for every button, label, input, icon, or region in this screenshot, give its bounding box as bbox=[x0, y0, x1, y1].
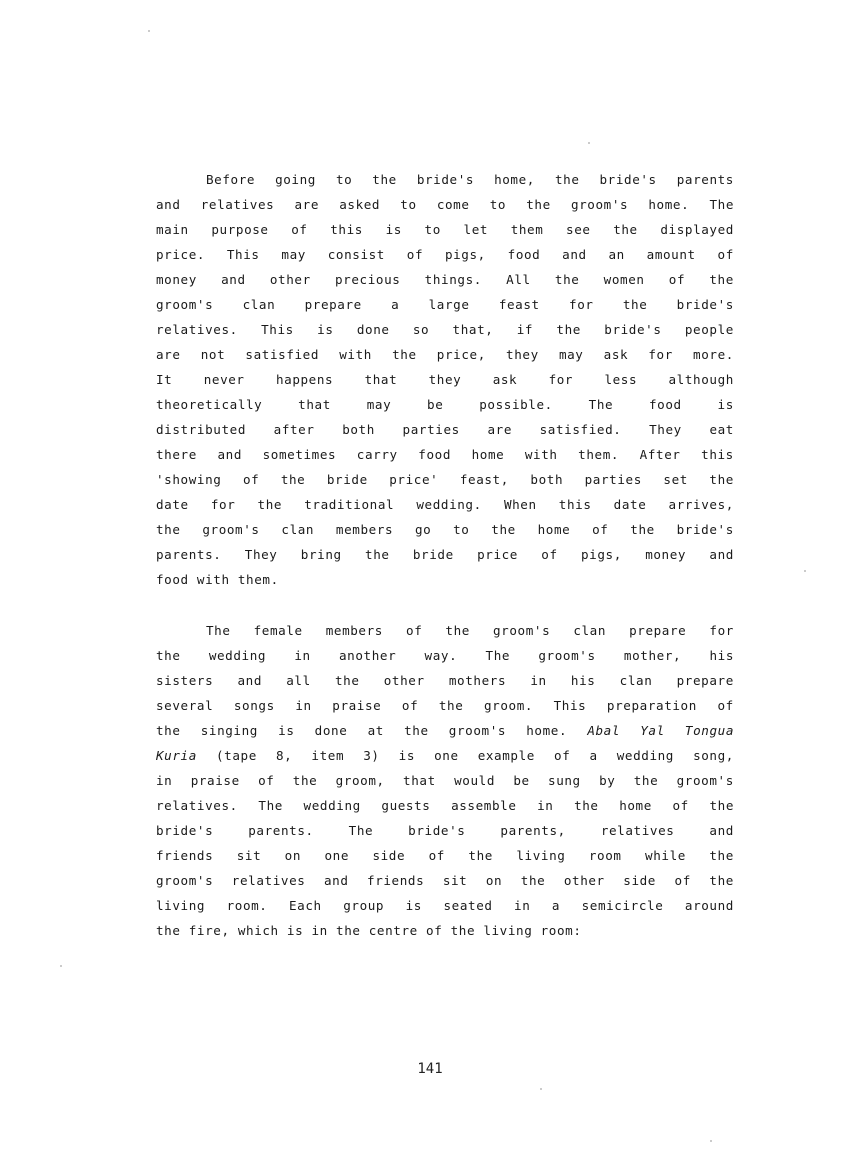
document-page: Beforegoingtothebride'shome,thebride'spa… bbox=[0, 0, 850, 1169]
text-line: Thefemalemembersofthegroom'sclanpreparef… bbox=[156, 618, 734, 643]
text-line: Itneverhappensthattheyaskforlessalthough bbox=[156, 367, 734, 392]
scan-speck bbox=[540, 1088, 542, 1090]
text-line: andrelativesareaskedtocometothegroom'sho… bbox=[156, 192, 734, 217]
text-line: the fire, which is in the centre of the … bbox=[156, 918, 734, 943]
scan-speck bbox=[60, 965, 62, 967]
text-line: thereandsometimescarryfoodhomewiththem.A… bbox=[156, 442, 734, 467]
text-line: thegroom'sclanmembersgotothehomeofthebri… bbox=[156, 517, 734, 542]
text-line: arenotsatisfiedwiththeprice,theymayaskfo… bbox=[156, 342, 734, 367]
text-line: theweddinginanotherway.Thegroom'smother,… bbox=[156, 643, 734, 668]
paragraph-bride-price: Beforegoingtothebride'shome,thebride'spa… bbox=[156, 167, 734, 592]
text-line: friendssitononesideofthelivingroomwhilet… bbox=[156, 843, 734, 868]
text-line: distributedafterbothpartiesaresatisfied.… bbox=[156, 417, 734, 442]
text-line: relatives.Thisisdonesothat,ifthebride'sp… bbox=[156, 317, 734, 342]
text-line: dateforthetraditionalwedding.Whenthisdat… bbox=[156, 492, 734, 517]
text-line: Kuria(tape8,item3)isoneexampleofawedding… bbox=[156, 743, 734, 768]
scan-speck bbox=[148, 30, 150, 32]
scan-speck bbox=[804, 570, 806, 572]
text-line: price.Thismayconsistofpigs,foodandanamou… bbox=[156, 242, 734, 267]
text-line: relatives.Theweddingguestsassembleintheh… bbox=[156, 793, 734, 818]
text-line: 'showingofthebrideprice'feast,bothpartie… bbox=[156, 467, 734, 492]
text-line: mainpurposeofthisistoletthemseethedispla… bbox=[156, 217, 734, 242]
text-line: Beforegoingtothebride'shome,thebride'spa… bbox=[156, 167, 734, 192]
text-line: parents.Theybringthebridepriceofpigs,mon… bbox=[156, 542, 734, 567]
text-line: bride'sparents.Thebride'sparents,relativ… bbox=[156, 818, 734, 843]
text-line: groom'sclanpreparealargefeastforthebride… bbox=[156, 292, 734, 317]
text-line: groom'srelativesandfriendssitontheothers… bbox=[156, 868, 734, 893]
text-line: inpraiseofthegroom,thatwouldbesungbytheg… bbox=[156, 768, 734, 793]
text-line: thesingingisdoneatthegroom'shome.AbalYal… bbox=[156, 718, 734, 743]
page-number: 141 bbox=[0, 1061, 850, 1077]
text-line: sistersandalltheothermothersinhisclanpre… bbox=[156, 668, 734, 693]
text-line: theoreticallythatmaybepossible.Thefoodis bbox=[156, 392, 734, 417]
paragraph-wedding-preparation: Thefemalemembersofthegroom'sclanpreparef… bbox=[156, 618, 734, 943]
scan-speck bbox=[588, 142, 590, 144]
scan-speck bbox=[710, 1140, 712, 1142]
text-line: severalsongsinpraiseofthegroom.Thisprepa… bbox=[156, 693, 734, 718]
text-line: livingroom.Eachgroupisseatedinasemicircl… bbox=[156, 893, 734, 918]
text-line: moneyandotherpreciousthings.Allthewomeno… bbox=[156, 267, 734, 292]
text-line: food with them. bbox=[156, 567, 734, 592]
